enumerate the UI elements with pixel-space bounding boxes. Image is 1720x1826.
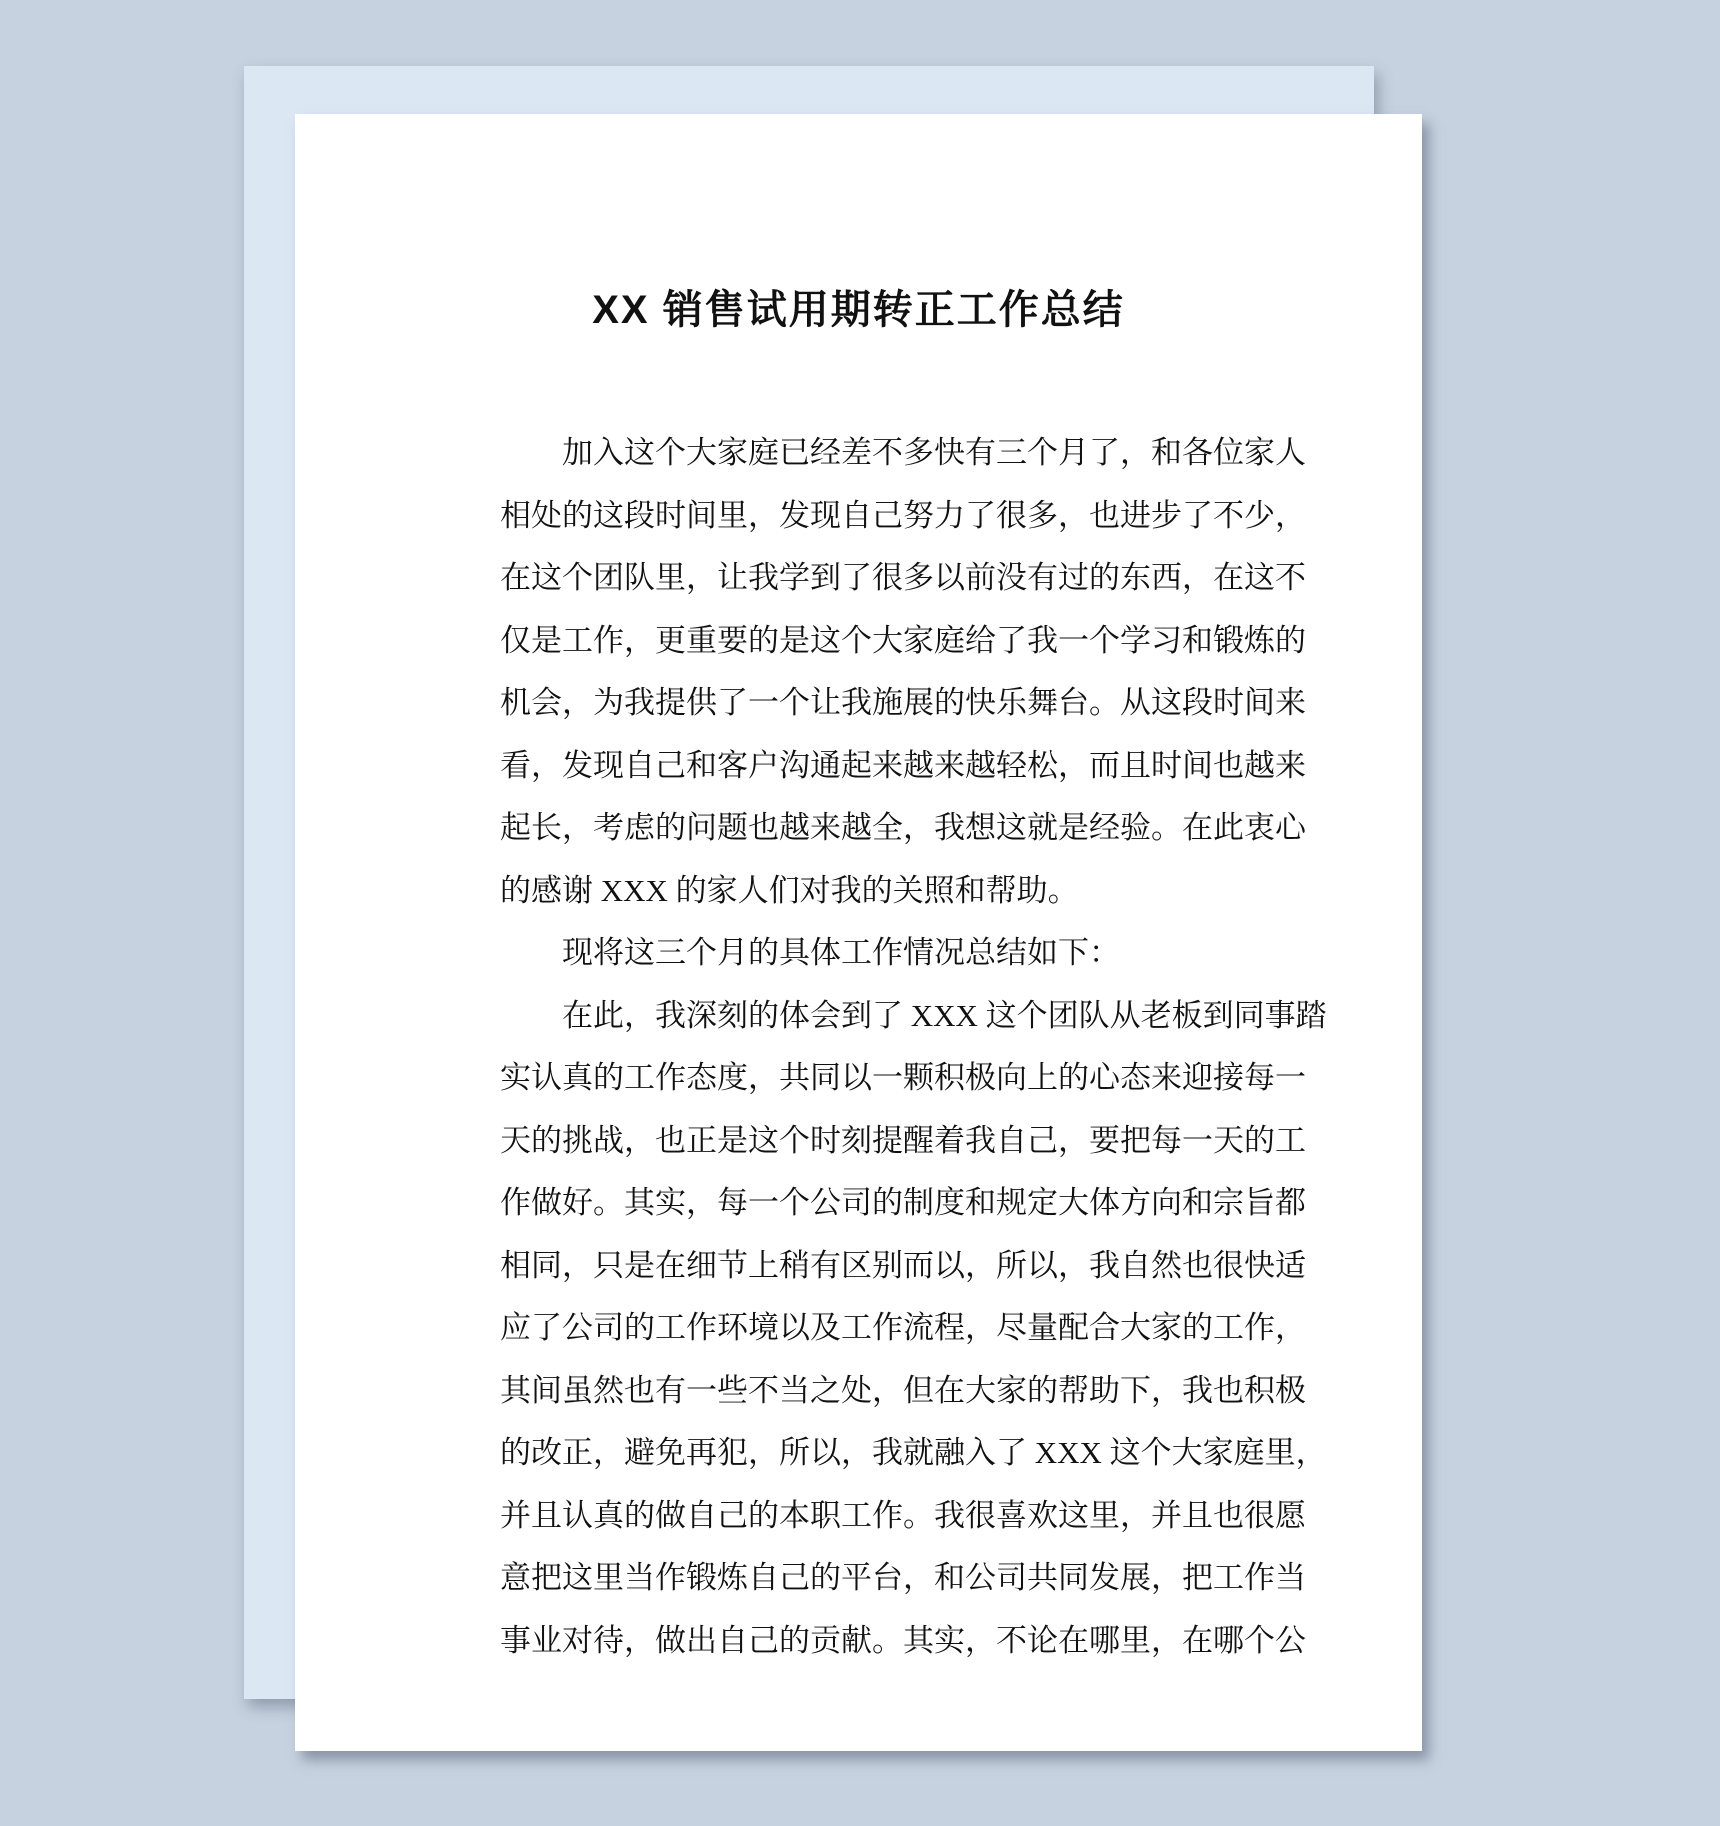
document-title: XX 销售试用期转正工作总结 — [295, 286, 1422, 334]
text-line: 仅是工作，更重要的是这个大家庭给了我一个学习和锻炼的 — [500, 610, 1295, 673]
text-line: 的感谢 XXX 的家人们对我的关照和帮助。 — [500, 860, 1295, 923]
text-line: 天的挑战，也正是这个时刻提醒着我自己，要把每一天的工 — [500, 1110, 1295, 1173]
text-line: 意把这里当作锻炼自己的平台，和公司共同发展，把工作当 — [500, 1547, 1295, 1610]
text-line: 机会，为我提供了一个让我施展的快乐舞台。从这段时间来 — [500, 672, 1295, 735]
text-line: 起长，考虑的问题也越来越全，我想这就是经验。在此衷心 — [500, 797, 1295, 860]
text-line: 应了公司的工作环境以及工作流程，尽量配合大家的工作， — [500, 1297, 1295, 1360]
text-line: 相同，只是在细节上稍有区别而以，所以，我自然也很快适 — [500, 1235, 1295, 1298]
text-line: 加入这个大家庭已经差不多快有三个月了，和各位家人 — [500, 422, 1295, 485]
text-line: 在这个团队里，让我学到了很多以前没有过的东西，在这不 — [500, 547, 1295, 610]
text-line: 事业对待，做出自己的贡献。其实，不论在哪里，在哪个公 — [500, 1610, 1295, 1673]
text-line: 并且认真的做自己的本职工作。我很喜欢这里，并且也很愿 — [500, 1485, 1295, 1548]
text-line: 其间虽然也有一些不当之处，但在大家的帮助下，我也积极 — [500, 1360, 1295, 1423]
text-line: 作做好。其实，每一个公司的制度和规定大体方向和宗旨都 — [500, 1172, 1295, 1235]
document-body: 加入这个大家庭已经差不多快有三个月了，和各位家人相处的这段时间里，发现自己努力了… — [500, 422, 1295, 1672]
document-page: XX 销售试用期转正工作总结 加入这个大家庭已经差不多快有三个月了，和各位家人相… — [295, 114, 1422, 1751]
text-line: 现将这三个月的具体工作情况总结如下： — [500, 922, 1295, 985]
desk-background: XX 销售试用期转正工作总结 加入这个大家庭已经差不多快有三个月了，和各位家人相… — [0, 0, 1720, 1826]
text-line: 在此，我深刻的体会到了 XXX 这个团队从老板到同事踏 — [500, 985, 1295, 1048]
text-line: 看，发现自己和客户沟通起来越来越轻松，而且时间也越来 — [500, 735, 1295, 798]
text-line: 实认真的工作态度，共同以一颗积极向上的心态来迎接每一 — [500, 1047, 1295, 1110]
text-line: 的改正，避免再犯，所以，我就融入了 XXX 这个大家庭里， — [500, 1422, 1295, 1485]
text-line: 相处的这段时间里，发现自己努力了很多，也进步了不少， — [500, 485, 1295, 548]
